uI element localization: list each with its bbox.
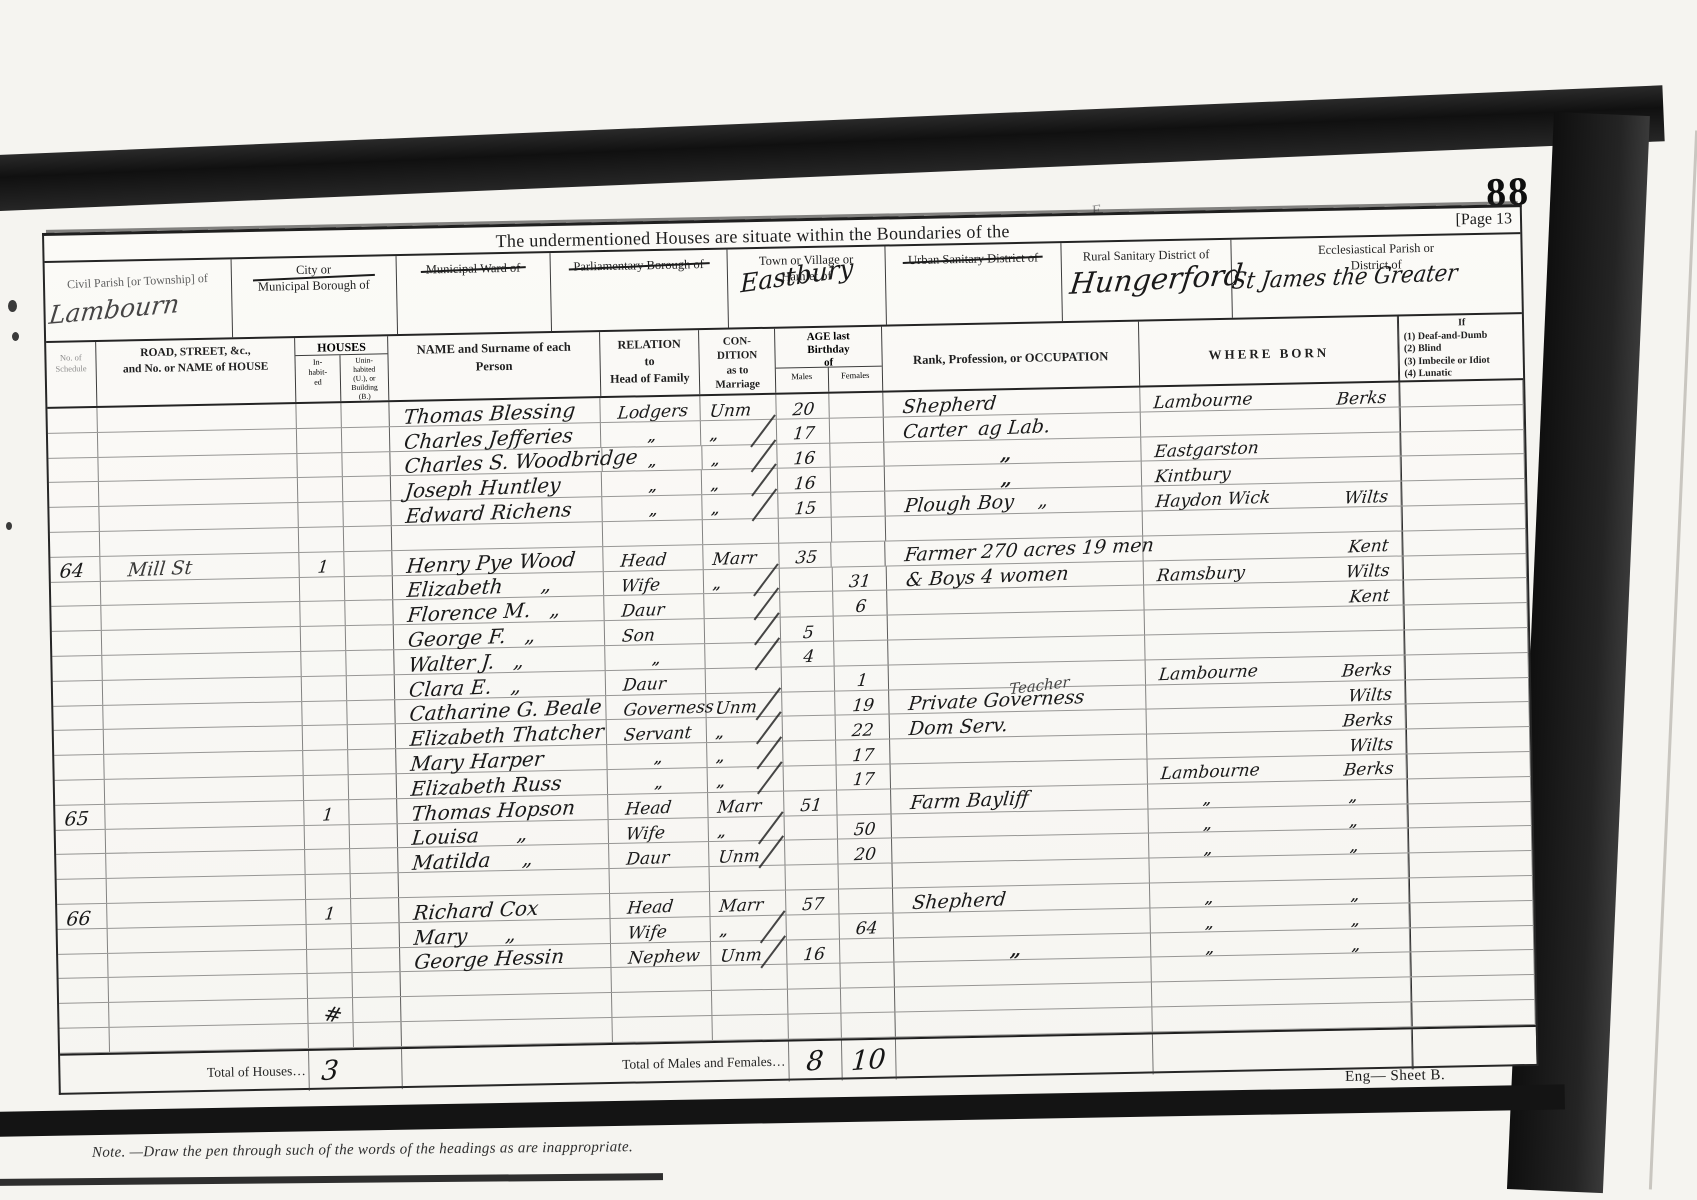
relation-text: „ [648, 456, 658, 469]
cell-name: Joseph Huntley [391, 472, 603, 500]
cell-schedule [54, 755, 104, 780]
cell-male [780, 592, 833, 617]
cell-relation: „ [602, 446, 702, 472]
cell-name: Mary Harper [396, 745, 608, 773]
cell-uninhab [347, 700, 395, 725]
cell-male [785, 815, 838, 840]
born-place-text: Lambourne [1160, 764, 1260, 783]
relation-text: Son [622, 628, 656, 645]
cell-uninhab [350, 824, 398, 849]
cell-female [838, 864, 892, 889]
cell-born: Kintbury [1142, 457, 1402, 486]
cell-born: Kent [1144, 581, 1404, 610]
civil-parish-value: Lambourn [48, 293, 181, 327]
cell-road [107, 900, 307, 928]
cell-occupation: „ [894, 933, 1152, 962]
cell-occupation [893, 908, 1151, 937]
cell-road [98, 429, 298, 457]
relation-text: „ [648, 481, 658, 494]
cell-female: 50 [837, 814, 891, 839]
age-header-group: AGE last Birthday of Males Females [775, 327, 883, 393]
name-text: Elizabeth Thatcher [409, 722, 605, 748]
cell-relation: „ [603, 495, 703, 521]
cell-schedule [52, 656, 102, 681]
parliamentary-borough-label: Parliamentary Borough of [573, 257, 704, 275]
census-form: The undermentioned Houses are situate wi… [42, 204, 1539, 1095]
cell-road [107, 925, 307, 953]
cell-relation: Wife [604, 570, 704, 596]
totals-houses-label: Total of Houses… [60, 1063, 309, 1084]
occupation-text: Shepherd [911, 891, 1006, 912]
cell-born: Eastgarston [1141, 432, 1401, 461]
cell-name: Henry Pye Wood [392, 547, 604, 575]
cell-name: Edward Richens [391, 497, 603, 525]
cell-schedule [51, 606, 101, 631]
relation-text: Wife [621, 578, 662, 595]
cell-male: 16 [787, 939, 840, 964]
cell-born: RamsburyWilts [1144, 556, 1404, 585]
relation-header: RELATION to Head of Family [600, 330, 701, 396]
cell-uninhab [353, 997, 401, 1022]
occupation-text: „ [1009, 942, 1022, 959]
cell-occupation: Carter ag Lab. [883, 412, 1141, 441]
condition-header: CON- DITION as to Marriage [699, 329, 776, 394]
male-text: 35 [794, 551, 817, 567]
cell-born: „„ [1148, 804, 1408, 833]
occupation-text: Farm Bayliff [909, 791, 1029, 813]
cell-road [102, 627, 302, 655]
cell-road [109, 1024, 309, 1052]
cell-male [785, 840, 838, 865]
totals-houses-label-cell: Total of Houses… [60, 1051, 310, 1096]
cell-female [831, 492, 885, 517]
name-header: NAME and Surname of each Person [388, 332, 601, 400]
cell-uninhab [347, 675, 395, 700]
name-text: Elizabeth „ [406, 575, 552, 599]
cell-inhabited [305, 825, 350, 850]
inhabited-text: 1 [321, 808, 333, 824]
cell-inhabited: 1 [299, 552, 344, 577]
cell-infirmity [1411, 950, 1535, 976]
cell-male: 57 [786, 889, 839, 914]
totals-males-value: 8 [806, 1045, 825, 1077]
cell-name: Charles S. Woodbridge [390, 448, 602, 476]
cell-inhabited: # [308, 998, 353, 1023]
where-born-header: WHERE BORN [1139, 317, 1399, 386]
occupation-header: Rank, Profession, or OCCUPATION [882, 322, 1140, 391]
males-header-label: Males [776, 368, 829, 393]
cell-uninhab [344, 551, 392, 576]
cell-inhabited [302, 651, 347, 676]
cell-schedule: 65 [55, 805, 105, 830]
sheet-label: Eng— Sheet B. [1345, 1067, 1446, 1086]
cell-road [98, 454, 298, 482]
born-place-text: „ [1205, 918, 1215, 931]
cell-inhabited [298, 453, 343, 478]
totals-females-cell: 10 [842, 1039, 897, 1080]
born-county-text: „ [1349, 816, 1359, 829]
cell-schedule [48, 433, 98, 458]
schedule-text: 65 [64, 811, 90, 829]
male-text: 17 [792, 427, 815, 443]
cell-road [99, 478, 299, 506]
cell-born: „„ [1149, 829, 1409, 858]
relation-text: Wife [626, 826, 667, 843]
cell-infirmity [1405, 653, 1529, 679]
born-place-text: Haydon Wick [1155, 490, 1271, 510]
cell-inhabited [298, 478, 343, 503]
female-text: 20 [854, 847, 877, 863]
footnote-text: Note. —Draw the pen through such of the … [92, 1139, 633, 1161]
cell-female [840, 963, 894, 988]
cell-condition: „ [711, 915, 787, 940]
female-text: 6 [855, 600, 867, 616]
cell-female: 17 [836, 764, 890, 789]
urban-sanitary-cell: Urban Sanitary District of [885, 243, 1063, 324]
cell-relation: Servant [607, 718, 707, 744]
condition-text: „ [710, 455, 720, 468]
cell-born [1151, 953, 1411, 982]
born-county-text: Wilts [1345, 564, 1390, 581]
cell-uninhab [351, 873, 399, 898]
name-text: Richard Cox [413, 899, 540, 922]
male-text: 20 [792, 402, 815, 418]
cell-infirmity [1400, 405, 1524, 431]
cell-inhabited [303, 750, 348, 775]
cell-inhabited [304, 775, 349, 800]
footnote: Note. —Draw the pen through such of the … [92, 1139, 633, 1162]
cell-schedule [59, 978, 109, 1003]
cell-name: George Hessin [400, 944, 612, 972]
parliamentary-borough-cell: Parliamentary Borough of [550, 250, 729, 331]
cell-inhabited [307, 949, 352, 974]
cell-female [830, 442, 884, 467]
occupation-text: „ [1000, 471, 1013, 488]
cell-schedule [57, 879, 107, 904]
name-text: Walter J. „ [408, 651, 525, 674]
cell-inhabited [303, 725, 348, 750]
age-subheaders: Males Females [776, 367, 882, 393]
cell-female: 1 [834, 665, 888, 690]
cell-occupation [888, 635, 1146, 664]
occupation-text: „ [1000, 446, 1013, 463]
cell-female [840, 938, 894, 963]
scan-edge-bottom-left [0, 1173, 663, 1186]
cell-uninhab [353, 972, 401, 997]
totals-empty-cell [1412, 1027, 1536, 1069]
female-text: 50 [853, 822, 876, 838]
municipal-borough-label: City or Municipal Borough of [258, 262, 370, 295]
cell-male [784, 766, 837, 791]
cell-uninhab [348, 749, 396, 774]
cell-born: „„ [1150, 878, 1410, 907]
totals-houses-value: 3 [321, 1054, 340, 1086]
born-place-text: Ramsbury [1156, 566, 1245, 585]
cell-born [1152, 978, 1412, 1007]
relation-text: Lodgers [617, 403, 689, 421]
female-text: 1 [856, 674, 868, 690]
infirmity-header-line: (4) Lunatic [1404, 366, 1521, 381]
cell-born: Wilts [1146, 680, 1406, 709]
cell-schedule: 66 [57, 904, 107, 929]
cell-uninhab [346, 650, 394, 675]
cell-uninhab [342, 452, 390, 477]
cell-infirmity [1412, 1000, 1536, 1026]
condition-text: „ [715, 727, 725, 740]
cell-uninhab [349, 774, 397, 799]
cell-relation [610, 867, 710, 893]
cell-schedule [56, 854, 106, 879]
cell-uninhab [345, 576, 393, 601]
relation-text: Head [620, 553, 668, 570]
cell-occupation: Dom Serv. [889, 710, 1147, 739]
cell-condition: Marr [703, 543, 779, 568]
cell-condition [712, 965, 788, 990]
cell-condition: Marr [708, 791, 784, 816]
cell-inhabited: 1 [304, 800, 349, 825]
cell-inhabited [307, 924, 352, 949]
houses-header-group: HOUSES In- habit- ed Unin- habited (U.),… [295, 336, 389, 402]
cell-road [106, 875, 306, 903]
cell-relation: Son [605, 619, 705, 645]
born-county-text: „ [1351, 915, 1361, 928]
cell-name: Florence M. „ [393, 596, 605, 624]
relation-text: „ [647, 431, 657, 444]
cell-male [782, 666, 835, 691]
cell-occupation: „ [884, 462, 1142, 491]
relation-text: „ [653, 753, 663, 766]
cell-infirmity [1401, 430, 1525, 456]
schedule-header: No. of Schedule [46, 342, 97, 407]
relation-text: Servant [624, 726, 693, 744]
cell-inhabited [302, 676, 347, 701]
cell-name: Elizabeth „ [393, 572, 605, 600]
cell-born: LambourneBerks [1140, 382, 1400, 411]
cell-born: Kent [1143, 531, 1403, 560]
relation-text: Daur [623, 677, 667, 694]
born-place-text: „ [1203, 819, 1213, 832]
totals-males-cell: 8 [789, 1041, 843, 1082]
name-text: Elizabeth Russ [410, 774, 562, 798]
relation-text: „ [649, 505, 659, 518]
cell-male [783, 741, 836, 766]
cell-infirmity [1406, 702, 1530, 728]
cell-infirmity [1409, 851, 1533, 877]
cell-occupation [887, 586, 1145, 615]
cell-condition [712, 990, 788, 1015]
name-header-label: NAME and Surname of each Person [416, 338, 571, 377]
female-text: 31 [849, 574, 872, 590]
cell-female [841, 1012, 895, 1037]
condition-text: Marr [717, 799, 762, 816]
scan-speck [12, 332, 19, 341]
cell-female [832, 517, 886, 542]
cell-occupation [894, 958, 1152, 987]
cell-name: Elizabeth Russ [397, 770, 609, 798]
name-text: Florence M. „ [407, 600, 561, 624]
cell-relation: Lodgers [601, 396, 701, 422]
cell-infirmity [1406, 727, 1530, 753]
cell-female: 17 [836, 740, 890, 765]
cell-uninhab [352, 923, 400, 948]
civil-parish-cell: Civil Parish [or Township] of Lambourn [45, 259, 233, 341]
cell-infirmity [1408, 826, 1532, 852]
uninhabited-header-label: Unin- habited (U.), or Building (B.) [340, 354, 388, 401]
cell-occupation [892, 859, 1150, 888]
cell-road [108, 949, 308, 977]
cell-male: 35 [779, 542, 832, 567]
born-county-text: „ [1349, 791, 1359, 804]
urban-sanitary-label: Urban Sanitary District of [908, 251, 1038, 269]
cell-female [830, 417, 884, 442]
cell-uninhab [342, 402, 390, 427]
cell-schedule [58, 953, 108, 978]
cell-schedule [56, 829, 106, 854]
cell-female [832, 541, 886, 566]
cell-name: Mary „ [400, 919, 612, 947]
occupation-text: & Boys 4 women [905, 566, 1069, 590]
cell-infirmity [1410, 926, 1534, 952]
relation-text: Nephew [628, 949, 701, 967]
cell-inhabited [308, 973, 353, 998]
municipal-borough-cell: City or Municipal Borough of [231, 256, 398, 337]
cell-occupation [895, 1007, 1153, 1036]
cell-road [97, 404, 297, 432]
relation-text: Governess [623, 700, 715, 719]
cell-road [102, 652, 302, 680]
cell-schedule [47, 408, 97, 433]
cell-inhabited [302, 701, 347, 726]
cell-occupation [895, 983, 1153, 1012]
cell-name [399, 869, 611, 897]
cell-schedule [50, 532, 100, 557]
cell-schedule [49, 507, 99, 532]
cell-relation: „ [606, 644, 706, 670]
cell-occupation: Farmer 270 acres 19 men [885, 536, 1143, 565]
totals-houses-value-cell: 3 [309, 1049, 403, 1091]
relation-text: Wife [627, 925, 668, 942]
ecclesiastical-parish-value: St James the Greater [1230, 263, 1458, 292]
occupation-text: Plough Boy „ [903, 492, 1048, 515]
cell-female [834, 641, 888, 666]
cell-occupation: „ [884, 437, 1142, 466]
cell-infirmity [1401, 479, 1525, 505]
cell-born: „„ [1151, 928, 1411, 957]
cell-name: Richard Cox [399, 894, 611, 922]
name-text: Joseph Huntley [404, 476, 561, 500]
rural-sanitary-value: Hungerford [1069, 261, 1245, 297]
cell-occupation [890, 759, 1148, 788]
name-text: George Hessin [414, 947, 566, 971]
cell-inhabited [306, 874, 351, 899]
cell-male [779, 518, 832, 543]
cell-infirmity [1404, 603, 1528, 629]
cell-uninhab [352, 948, 400, 973]
totals-empty-cell [896, 1034, 1154, 1079]
cell-relation [613, 1016, 713, 1042]
cell-road [109, 999, 309, 1027]
where-born-header-label: WHERE BORN [1208, 323, 1329, 363]
cell-female: 19 [835, 690, 889, 715]
cell-road [106, 826, 306, 854]
cell-female: 6 [833, 591, 887, 616]
cell-infirmity [1400, 380, 1524, 406]
cell-infirmity [1404, 628, 1528, 654]
cell-uninhab [343, 477, 391, 502]
cell-male: 4 [781, 642, 834, 667]
cell-relation: Wife [611, 917, 711, 943]
relation-text: Head [625, 801, 673, 818]
cell-female: 22 [835, 715, 889, 740]
municipal-ward-label: Municipal Ward of [426, 261, 521, 278]
male-text: 51 [800, 799, 823, 815]
cell-born [1141, 407, 1401, 436]
condition-text: „ [711, 504, 721, 517]
houses-header-label: HOUSES [295, 336, 387, 356]
cell-name: Thomas Blessing [389, 398, 601, 426]
cell-occupation: Private GovernessTeacher [889, 685, 1147, 714]
cell-relation: „ [602, 471, 702, 497]
town-village-cell: Town or Village or Hamlet of Eastbury [728, 247, 887, 328]
town-village-value: Eastbury [740, 257, 853, 296]
cell-road [105, 801, 305, 829]
born-county-text: Wilts [1347, 688, 1392, 705]
cell-born [1145, 606, 1405, 635]
cell-relation: „ [601, 421, 701, 447]
cell-schedule [53, 705, 103, 730]
houses-subheaders: In- habit- ed Unin- habited (U.), or Bui… [296, 354, 389, 402]
cell-name [401, 993, 613, 1021]
table-body: Thomas BlessingLodgersUnm20ShepherdLambo… [47, 380, 1535, 1054]
name-text: Clara E. „ [408, 676, 522, 699]
cell-infirmity [1409, 876, 1533, 902]
cell-road [103, 702, 303, 730]
cell-road [99, 503, 299, 531]
ecclesiastical-parish-cell: Ecclesiastical Parish or District of St … [1231, 234, 1522, 318]
cell-female [829, 393, 883, 418]
condition-text: „ [716, 752, 726, 765]
cell-born [1149, 854, 1409, 883]
totals-females-value: 10 [850, 1043, 887, 1076]
born-place-text: „ [1205, 943, 1215, 956]
cell-schedule [55, 780, 105, 805]
cell-relation: Wife [609, 818, 709, 844]
cell-condition [706, 667, 782, 692]
born-place-text: Lambourne [1158, 665, 1258, 684]
cell-occupation: Shepherd [893, 883, 1151, 912]
condition-text: Unm [720, 948, 763, 965]
cell-relation: Head [611, 892, 711, 918]
born-county-text: Berks [1343, 762, 1394, 779]
born-county-text: „ [1351, 890, 1361, 903]
cell-name: Matilda „ [398, 844, 610, 872]
cell-schedule [51, 581, 101, 606]
born-county-text: Wilts [1348, 737, 1393, 754]
cell-inhabited [301, 602, 346, 627]
male-text: 4 [802, 650, 814, 666]
name-text: Thomas Blessing [403, 401, 576, 426]
condition-text: „ [709, 430, 719, 443]
cell-name: Thomas Hopson [397, 795, 609, 823]
cell-road [106, 850, 306, 878]
cell-infirmity [1403, 529, 1527, 555]
relation-text: „ [651, 654, 661, 667]
cell-road [105, 776, 305, 804]
cell-born [1152, 1002, 1412, 1031]
condition-text: Marr [711, 551, 756, 568]
male-text: 15 [794, 501, 817, 517]
cell-relation [612, 991, 712, 1017]
